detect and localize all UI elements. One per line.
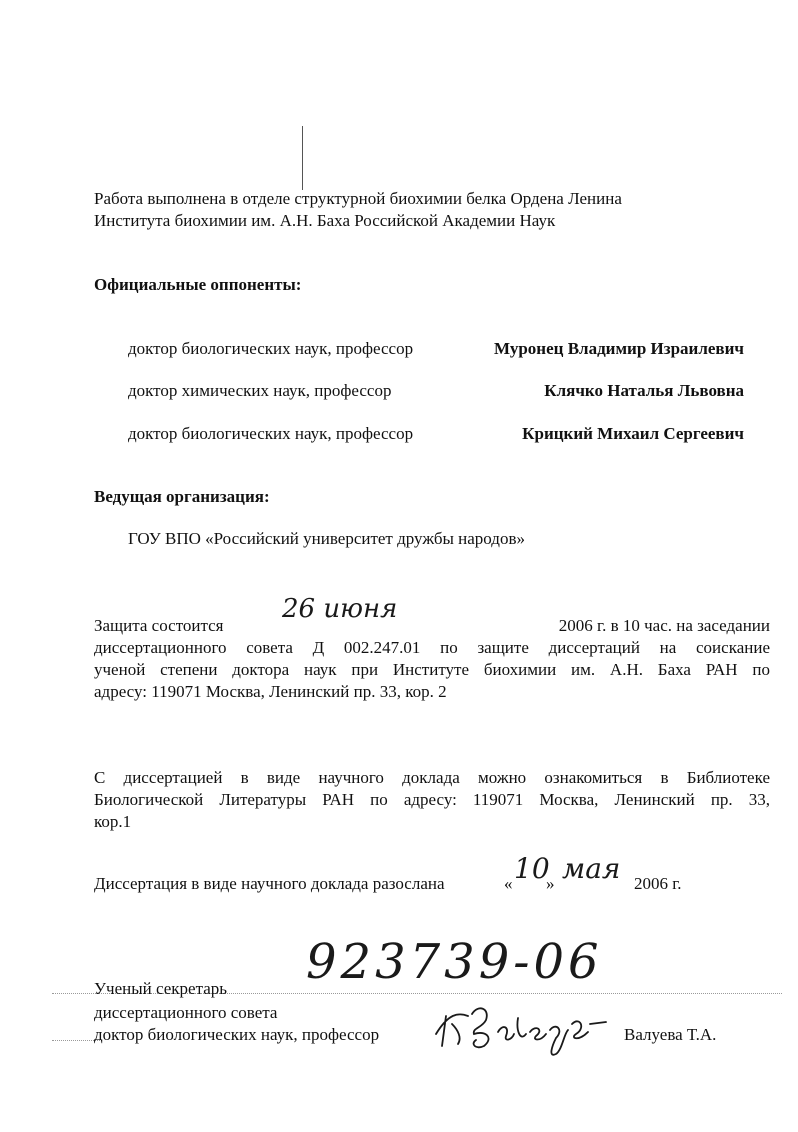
distribution-open-quote: « (504, 873, 513, 895)
opponent-3-title: доктор биологических наук, профессор (128, 423, 413, 445)
defense-paragraph: диссертационного совета Д 002.247.01 по … (94, 637, 770, 703)
lead-org-heading: Ведущая организация: (94, 486, 270, 508)
library-line-3: кор.1 (94, 811, 770, 833)
library-paragraph: С диссертацией в виде научного доклада м… (94, 767, 770, 833)
lead-org-name: ГОУ ВПО «Российский университет дружбы н… (128, 528, 525, 550)
library-line-2: Биологической Литературы РАН по адресу: … (94, 789, 770, 811)
opponent-1-title: доктор биологических наук, профессор (128, 338, 413, 360)
intro-line-2: Института биохимии им. А.Н. Баха Российс… (94, 210, 555, 232)
handwritten-registration-number: 923739-06 (306, 934, 603, 990)
library-line-1: С диссертацией в виде научного доклада м… (94, 767, 770, 789)
handwritten-defense-date: 26 июня (282, 594, 397, 624)
opponents-heading: Официальные оппоненты: (94, 274, 301, 296)
distribution-year: 2006 г. (634, 873, 682, 895)
scan-artifact-line (302, 126, 303, 190)
defense-prefix: Защита состоится (94, 615, 224, 637)
secretary-line-1: Ученый секретарь (94, 978, 227, 1000)
opponent-2-title: доктор химических наук, профессор (128, 380, 391, 402)
opponent-2-name: Клячко Наталья Львовна (544, 380, 744, 402)
secretary-name: Валуева Т.А. (624, 1024, 716, 1046)
distribution-text: Диссертация в виде научного доклада разо… (94, 873, 445, 895)
signature (428, 994, 608, 1064)
defense-line-2: диссертационного совета Д 002.247.01 по … (94, 637, 770, 659)
handwritten-distribution-day: 10 (514, 852, 550, 885)
defense-line-4: адресу: 119071 Москва, Ленинский пр. 33,… (94, 681, 770, 703)
intro-line-1: Работа выполнена в отделе структурной би… (94, 188, 622, 210)
defense-line-1-rest: 2006 г. в 10 час. на заседании (559, 615, 770, 637)
secretary-line-2: диссертационного совета (94, 1002, 277, 1024)
secretary-line-3: доктор биологических наук, профессор (94, 1024, 379, 1046)
opponent-3-name: Крицкий Михаил Сергеевич (522, 423, 744, 445)
defense-line-3: ученой степени доктора наук при Институт… (94, 659, 770, 681)
opponent-1-name: Муронец Владимир Израилевич (494, 338, 744, 360)
handwritten-distribution-month: мая (562, 852, 620, 885)
distribution-close-quote: » (546, 873, 555, 895)
